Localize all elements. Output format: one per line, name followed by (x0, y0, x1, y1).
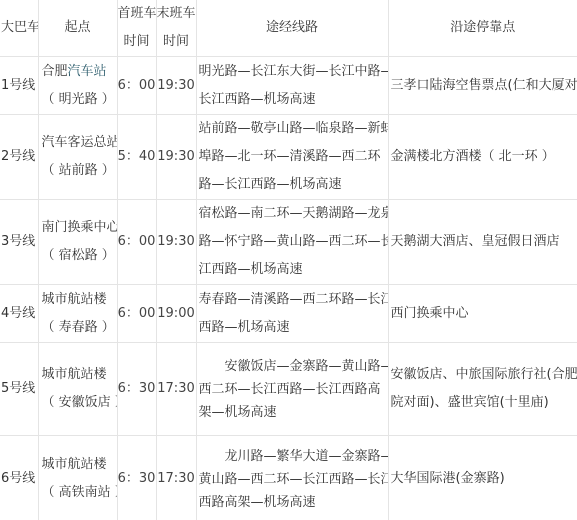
first-bus-time: 5：40 (117, 115, 156, 200)
table-header-row: 大巴车 起点 首班车时间 末班车时间 途经线路 沿途停靠点 (0, 0, 577, 57)
route: 站前路—敬亭山路—临泉路—新蚌 埠路—北一环—清溪路—西二环 路—长江西路—机场… (196, 115, 388, 200)
line-number: 1号线 (0, 57, 38, 115)
stop-line: 院对面)、盛世宾馆(十里庙) (391, 389, 577, 417)
table-row: 2号线 汽车客运总站 （ 站前路 ） 5：40 19:30 站前路—敬亭山路—临… (0, 115, 577, 200)
stops: 大华国际港(金寨路) (388, 436, 577, 520)
start-sub: （ 安徽饭店 ） (42, 389, 117, 417)
route-line: 寿春路—清溪路—西二环路—长江 (199, 286, 388, 314)
route-line: 明光路—长江东大街—长江中路— (199, 58, 388, 86)
route-line: 路—长江西路—机场高速 (199, 171, 388, 199)
first-bus-time: 6：30 (117, 343, 156, 436)
route-line: 埠路—北一环—清溪路—西二环 (199, 143, 388, 171)
header-route: 途经线路 (196, 0, 388, 57)
line-number: 3号线 (0, 200, 38, 285)
start-name: 汽车客运总站 (42, 129, 117, 157)
line-number: 5号线 (0, 343, 38, 436)
start-name: 城市航站楼 (42, 286, 117, 314)
last-bus-time: 17:30 (156, 343, 196, 436)
start-sub: （ 明光路 ） (42, 86, 117, 114)
start-sub: （ 高铁南站 ） (42, 479, 117, 507)
header-first-l2: 时间 (118, 28, 156, 56)
first-bus-time: 6：00 (117, 57, 156, 115)
start-point: 城市航站楼 （ 安徽饭店 ） (38, 343, 117, 436)
start-point: 南门换乘中心 （ 宿松路 ） (38, 200, 117, 285)
header-start: 起点 (38, 0, 117, 57)
header-bus: 大巴车 (0, 0, 38, 57)
route: 明光路—长江东大街—长江中路— 长江西路—机场高速 (196, 57, 388, 115)
header-last-l1: 末班车 (157, 0, 196, 28)
route-line: 西路—机场高速 (199, 314, 388, 342)
route-line: 路—怀宁路—黄山路—西二环—长 (199, 228, 388, 256)
start-name: 城市航站楼 (42, 361, 117, 389)
route: 寿春路—清溪路—西二环路—长江 西路—机场高速 (196, 285, 388, 343)
start-point: 合肥汽车站 （ 明光路 ） (38, 57, 117, 115)
start-sub: （ 寿春路 ） (42, 314, 117, 342)
route-line: 黄山路—西二环—长江西路—长江 (199, 468, 388, 491)
start-sub: （ 站前路 ） (42, 157, 117, 185)
start-name: 南门换乘中心 (42, 214, 117, 242)
route-line: 江西路—机场高速 (199, 256, 388, 284)
header-stops: 沿途停靠点 (388, 0, 577, 57)
stops: 金满楼北方酒楼（ 北一环 ） (388, 115, 577, 200)
start-link[interactable]: 汽车站 (68, 64, 107, 79)
last-bus-time: 19:00 (156, 285, 196, 343)
line-number: 2号线 (0, 115, 38, 200)
start-name: 合肥 (42, 64, 68, 79)
stops: 三孝口陆海空售票点(仁和大厦对面) (388, 57, 577, 115)
last-bus-time: 19:30 (156, 115, 196, 200)
line-number: 4号线 (0, 285, 38, 343)
start-sub: （ 宿松路 ） (42, 242, 117, 270)
route-line: 龙川路—繁华大道—金寨路— (199, 445, 388, 468)
table-row: 6号线 城市航站楼 （ 高铁南站 ） 6：30 17:30 龙川路—繁华大道—金… (0, 436, 577, 520)
first-bus-time: 6：00 (117, 285, 156, 343)
route-line: 站前路—敬亭山路—临泉路—新蚌 (199, 115, 388, 143)
header-last-l2: 时间 (157, 28, 196, 56)
last-bus-time: 19:30 (156, 57, 196, 115)
header-first-bus: 首班车时间 (117, 0, 156, 57)
route-line: 西二环—长江西路—长江西路高 (199, 378, 388, 401)
route-line: 宿松路—南二环—天鹅湖路—龙泉 (199, 200, 388, 228)
first-bus-time: 6：00 (117, 200, 156, 285)
route: 龙川路—繁华大道—金寨路— 黄山路—西二环—长江西路—长江 西路高架—机场高速 (196, 436, 388, 520)
route-line: 西路高架—机场高速 (199, 491, 388, 514)
route: 宿松路—南二环—天鹅湖路—龙泉 路—怀宁路—黄山路—西二环—长 江西路—机场高速 (196, 200, 388, 285)
table-row: 4号线 城市航站楼 （ 寿春路 ） 6：00 19:00 寿春路—清溪路—西二环… (0, 285, 577, 343)
table-row: 1号线 合肥汽车站 （ 明光路 ） 6：00 19:30 明光路—长江东大街—长… (0, 57, 577, 115)
line-number: 6号线 (0, 436, 38, 520)
table-row: 5号线 城市航站楼 （ 安徽饭店 ） 6：30 17:30 安徽饭店—金寨路—黄… (0, 343, 577, 436)
stop-line: 安徽饭店、中旅国际旅行社(合肥学 (391, 361, 577, 389)
route-line: 长江西路—机场高速 (199, 86, 388, 114)
table-row: 3号线 南门换乘中心 （ 宿松路 ） 6：00 19:30 宿松路—南二环—天鹅… (0, 200, 577, 285)
start-point: 汽车客运总站 （ 站前路 ） (38, 115, 117, 200)
route-line: 安徽饭店—金寨路—黄山路— (199, 355, 388, 378)
start-point: 城市航站楼 （ 寿春路 ） (38, 285, 117, 343)
last-bus-time: 19:30 (156, 200, 196, 285)
route: 安徽饭店—金寨路—黄山路— 西二环—长江西路—长江西路高 架—机场高速 (196, 343, 388, 436)
airport-bus-schedule-table: 大巴车 起点 首班车时间 末班车时间 途经线路 沿途停靠点 1号线 合肥汽车站 … (0, 0, 577, 520)
last-bus-time: 17:30 (156, 436, 196, 520)
stops: 天鹅湖大酒店、皇冠假日酒店 (388, 200, 577, 285)
header-first-l1: 首班车 (118, 0, 156, 28)
stops: 安徽饭店、中旅国际旅行社(合肥学 院对面)、盛世宾馆(十里庙) (388, 343, 577, 436)
stops: 西门换乘中心 (388, 285, 577, 343)
header-last-bus: 末班车时间 (156, 0, 196, 57)
start-name: 城市航站楼 (42, 451, 117, 479)
route-line: 架—机场高速 (199, 401, 388, 424)
first-bus-time: 6：30 (117, 436, 156, 520)
start-point: 城市航站楼 （ 高铁南站 ） (38, 436, 117, 520)
